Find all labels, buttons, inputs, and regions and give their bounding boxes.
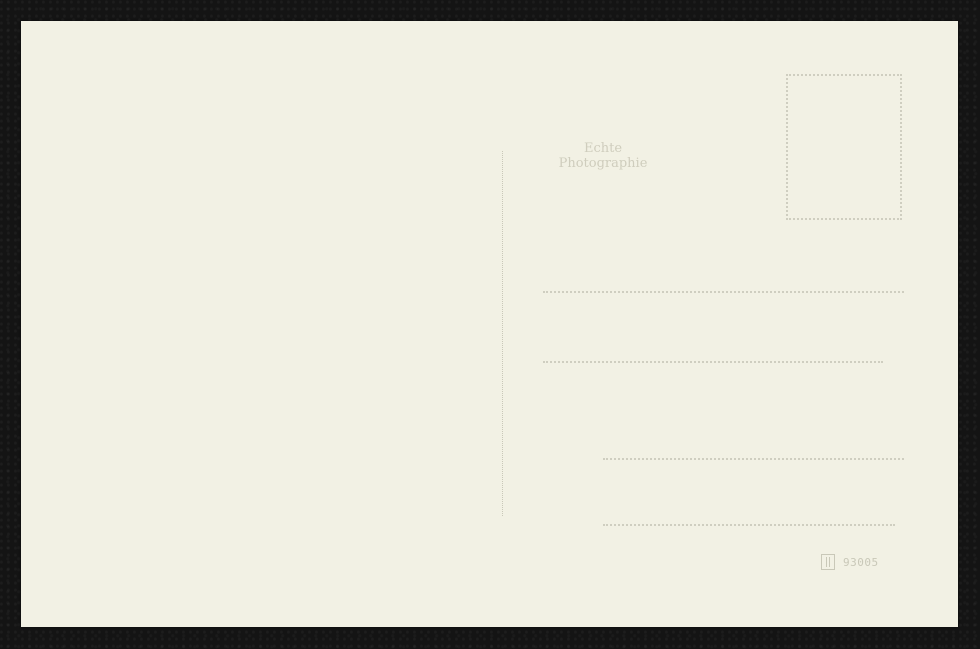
imprint-label: Echte Photographie — [553, 141, 653, 171]
publisher-logo-icon — [821, 554, 835, 570]
center-divider-line — [502, 151, 503, 516]
postcard-back: Echte Photographie 93005 — [21, 21, 958, 627]
publisher-number: 93005 — [843, 556, 879, 569]
imprint-line-1: Echte — [553, 141, 653, 156]
publisher-code: 93005 — [821, 554, 879, 570]
imprint-line-2: Photographie — [553, 156, 653, 171]
address-line-3 — [603, 458, 904, 460]
address-line-2 — [543, 361, 883, 363]
address-line-1 — [543, 291, 904, 293]
stamp-placeholder-box — [786, 74, 902, 220]
address-line-4 — [603, 524, 895, 526]
